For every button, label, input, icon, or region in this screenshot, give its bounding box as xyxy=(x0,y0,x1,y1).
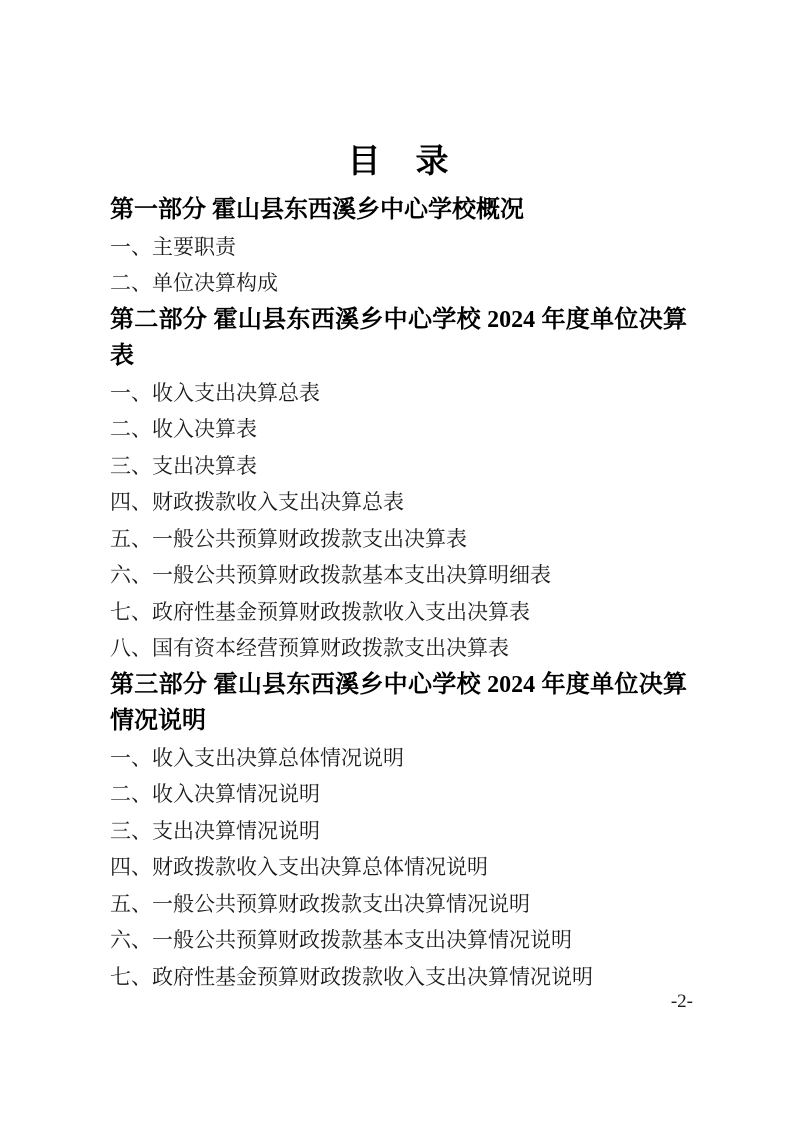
table-of-contents: 第一部分 霍山县东西溪乡中心学校概况 一、主要职责 二、单位决算构成 第二部分 … xyxy=(110,192,687,995)
toc-item: 六、一般公共预算财政拨款基本支出决算情况说明 xyxy=(110,922,687,959)
document-page: 目 录 第一部分 霍山县东西溪乡中心学校概况 一、主要职责 二、单位决算构成 第… xyxy=(0,0,793,1122)
section-2-heading-line-1: 第二部分 霍山县东西溪乡中心学校 2024 年度单位决算 xyxy=(110,302,687,339)
section-3-heading-line-2: 情况说明 xyxy=(110,703,687,740)
toc-item: 四、财政拨款收入支出决算总体情况说明 xyxy=(110,849,687,886)
toc-item: 一、收入支出决算总表 xyxy=(110,375,687,412)
section-3-heading-line-1: 第三部分 霍山县东西溪乡中心学校 2024 年度单位决算 xyxy=(110,667,687,704)
toc-item: 七、政府性基金预算财政拨款收入支出决算情况说明 xyxy=(110,959,687,996)
toc-item: 一、收入支出决算总体情况说明 xyxy=(110,740,687,777)
toc-item: 五、一般公共预算财政拨款支出决算情况说明 xyxy=(110,886,687,923)
page-number: -2- xyxy=(671,991,693,1013)
toc-item: 七、政府性基金预算财政拨款收入支出决算表 xyxy=(110,594,687,631)
page-title: 目 录 xyxy=(110,141,687,183)
toc-item: 五、一般公共预算财政拨款支出决算表 xyxy=(110,521,687,558)
section-1-heading: 第一部分 霍山县东西溪乡中心学校概况 xyxy=(110,192,687,229)
toc-item: 六、一般公共预算财政拨款基本支出决算明细表 xyxy=(110,557,687,594)
toc-item: 一、主要职责 xyxy=(110,229,687,266)
toc-item: 八、国有资本经营预算财政拨款支出决算表 xyxy=(110,630,687,667)
section-2-heading-line-2: 表 xyxy=(110,338,687,375)
toc-item: 二、单位决算构成 xyxy=(110,265,687,302)
toc-item: 三、支出决算表 xyxy=(110,448,687,485)
toc-item: 三、支出决算情况说明 xyxy=(110,813,687,850)
toc-section-1: 第一部分 霍山县东西溪乡中心学校概况 一、主要职责 二、单位决算构成 xyxy=(110,192,687,302)
toc-item: 二、收入决算情况说明 xyxy=(110,776,687,813)
toc-section-3: 第三部分 霍山县东西溪乡中心学校 2024 年度单位决算 情况说明 一、收入支出… xyxy=(110,667,687,996)
toc-item: 四、财政拨款收入支出决算总表 xyxy=(110,484,687,521)
toc-section-2: 第二部分 霍山县东西溪乡中心学校 2024 年度单位决算 表 一、收入支出决算总… xyxy=(110,302,687,667)
toc-item: 二、收入决算表 xyxy=(110,411,687,448)
